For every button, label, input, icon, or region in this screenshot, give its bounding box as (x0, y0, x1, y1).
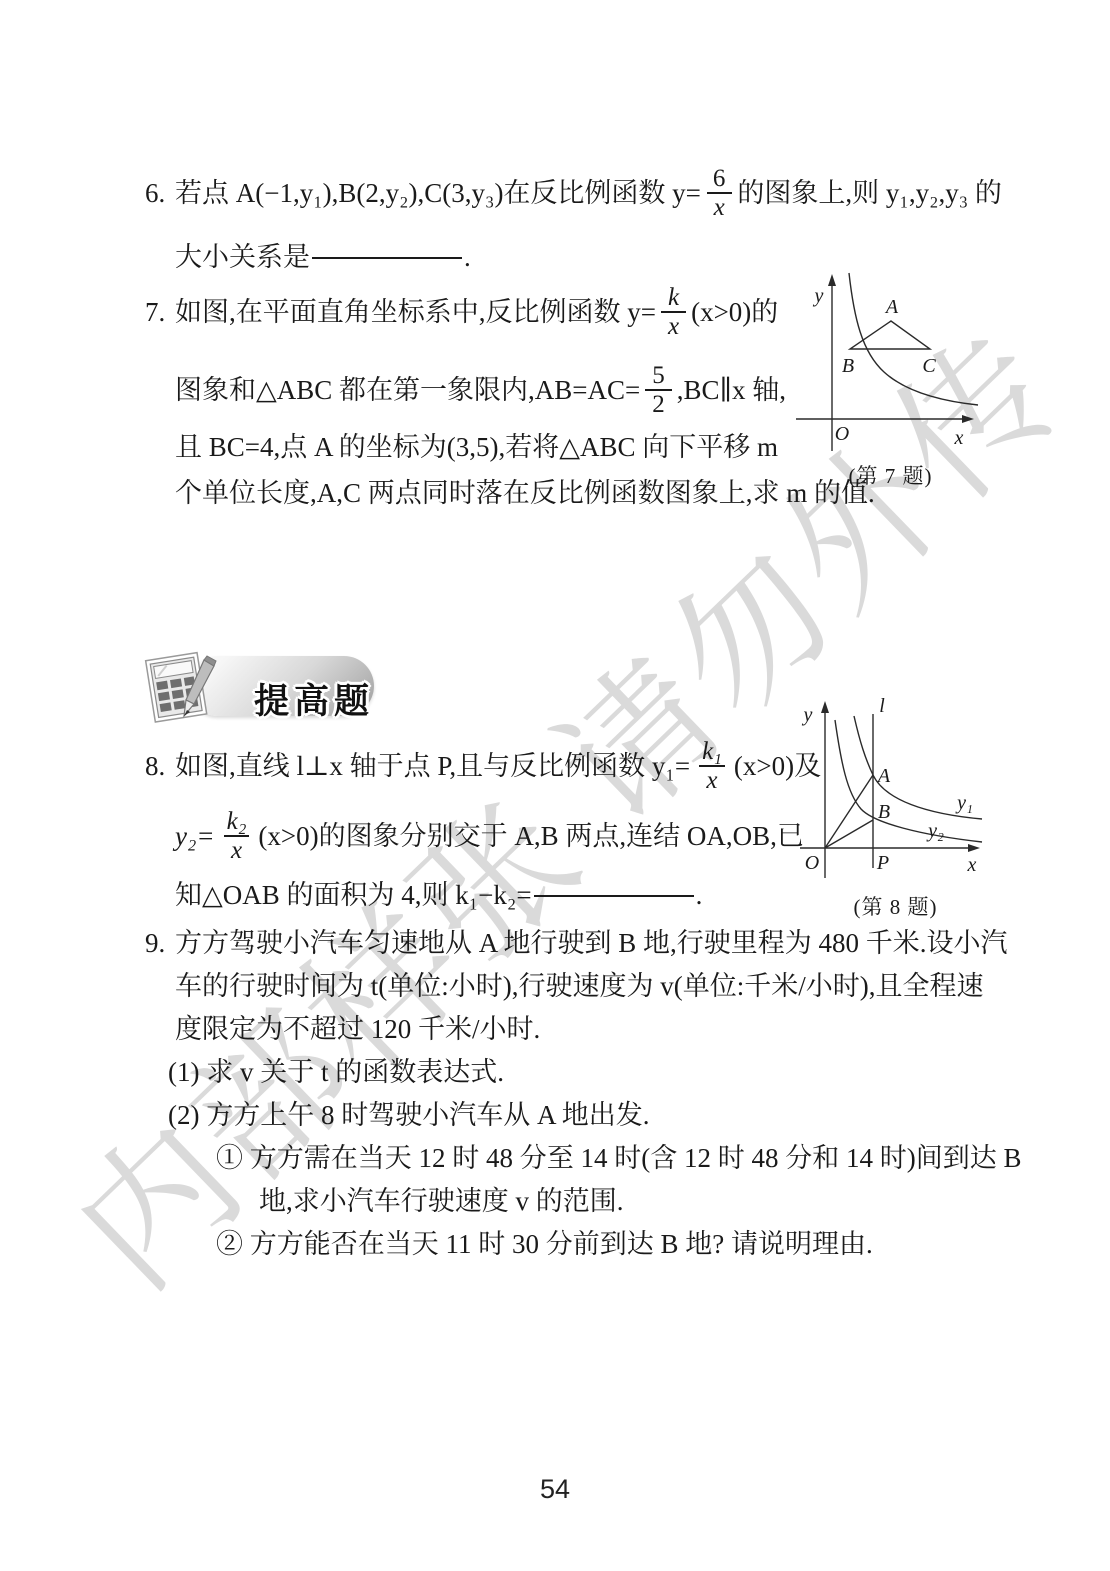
y-axis-label: y (813, 285, 824, 307)
section-badge-label: 提高题 (254, 674, 374, 724)
point-a-label: A (884, 296, 899, 318)
fraction-numerator: k₂ (220, 808, 254, 836)
figure-problem-8: y l O P x A B y₁ y₂ (第 8 题) (788, 690, 1003, 921)
answer-blank (312, 256, 462, 259)
fraction-denominator: x (224, 835, 249, 865)
problem-6-line-2: 大小关系是. (175, 240, 471, 274)
point-c-label: C (922, 355, 936, 377)
fraction-numerator: k₁ (695, 738, 729, 766)
workbook-page: 内部样张 请勿外传 6.若点 A(−1,y₁),B(2,y₂),C(3,y₃)在… (0, 0, 1110, 1571)
problem-6-number: 6. (145, 176, 175, 210)
problem-7-text-pre: 如图,在平面直角坐标系中,反比例函数 y= (175, 295, 656, 329)
problem-9-line-2: 车的行驶时间为 t(单位:小时),行驶速度为 v(单位:千米/小时),且全程速 (175, 969, 983, 1003)
figure-8-plot: y l O P x A B y₁ y₂ (788, 690, 1003, 882)
figure-8-caption: (第 8 题) (788, 891, 1003, 921)
problem-9-item-1-text: 地,求小汽车行驶速度 v 的范围. (259, 1184, 624, 1218)
problem-8-number: 8. (145, 749, 175, 783)
problem-8-text-pre: 如图,直线 l⊥x 轴于点 P,且与反比例函数 y₁= (175, 749, 690, 783)
problem-6-text-post: 的图象上,则 y₁,y₂,y₃ 的 (737, 176, 1002, 210)
problem-8-text-pre: y₂= (175, 819, 215, 853)
problem-6-line-1: 6.若点 A(−1,y₁),B(2,y₂),C(3,y₃)在反比例函数 y=6x… (145, 158, 1002, 228)
problem-7-text: 个单位长度,A,C 两点同时落在反比例函数图象上,求 m 的值. (175, 476, 875, 510)
fraction-denominator: x (661, 311, 686, 341)
page-content: 6.若点 A(−1,y₁),B(2,y₂),C(3,y₃)在反比例函数 y=6x… (0, 0, 1110, 1571)
fraction-k1-over-x: k₁x (695, 738, 729, 795)
curve-y1-label: y₁ (955, 792, 973, 814)
problem-8-text-post: (x>0)的图象分别交于 A,B 两点,连结 OA,OB,已 (258, 819, 803, 853)
x-axis-arrow (962, 415, 974, 423)
problem-9-item-2-text: ② 方方能否在当天 11 时 30 分前到达 B 地? 请说明理由. (216, 1227, 873, 1261)
fraction-5-over-2: 52 (645, 362, 672, 419)
problem-9-text: 方方驾驶小汽车匀速地从 A 地行驶到 B 地,行驶里程为 480 千米.设小汽 (175, 926, 1008, 960)
problem-7-line-3: 且 BC=4,点 A 的坐标为(3,5),若将△ABC 向下平移 m (175, 430, 778, 464)
problem-9-item-2: ② 方方能否在当天 11 时 30 分前到达 B 地? 请说明理由. (216, 1227, 873, 1261)
problem-9-line-1: 9.方方驾驶小汽车匀速地从 A 地行驶到 B 地,行驶里程为 480 千米.设小… (145, 926, 1008, 960)
problem-7-text-post: ,BC∥x 轴, (677, 373, 786, 407)
fraction-6-over-x: 6x (706, 165, 733, 222)
figure-7-caption: (第 7 题) (788, 460, 993, 490)
problem-9-part-1: (1) 求 v 关于 t 的函数表达式. (168, 1055, 504, 1089)
problem-6-text: 大小关系是 (175, 240, 310, 274)
point-b-label: B (878, 801, 890, 823)
problem-9-part-2: (2) 方方上午 8 时驾驶小汽车从 A 地出发. (168, 1098, 650, 1132)
segment-ob (825, 820, 873, 848)
problem-8-line-1: 8.如图,直线 l⊥x 轴于点 P,且与反比例函数 y₁=k₁x(x>0)及 (145, 732, 821, 800)
curve-y2-label: y₂ (926, 820, 944, 842)
problem-9-number: 9. (145, 926, 175, 960)
problem-9-item-1-line-1: ① 方方需在当天 12 时 48 分至 14 时(含 12 时 48 分和 14… (216, 1141, 1022, 1175)
fraction-denominator: x (699, 765, 724, 795)
problem-9-part-1-text: (1) 求 v 关于 t 的函数表达式. (168, 1055, 504, 1089)
point-a-label: A (876, 765, 891, 787)
problem-9-text: 度限定为不超过 120 千米/小时. (175, 1012, 540, 1046)
problem-6-text-pre: 若点 A(−1,y₁),B(2,y₂),C(3,y₃)在反比例函数 y= (175, 176, 701, 210)
problem-9-text: 车的行驶时间为 t(单位:小时),行驶速度为 v(单位:千米/小时),且全程速 (175, 969, 983, 1003)
curve-y2 (835, 720, 982, 842)
triangle-abc (850, 321, 930, 349)
problem-7-line-4: 个单位长度,A,C 两点同时落在反比例函数图象上,求 m 的值. (175, 476, 875, 510)
problem-9-part-2-text: (2) 方方上午 8 时驾驶小汽车从 A 地出发. (168, 1098, 650, 1132)
problem-9-item-1-line-2: 地,求小汽车行驶速度 v 的范围. (259, 1184, 624, 1218)
x-axis-label: x (967, 854, 977, 876)
problem-9-line-3: 度限定为不超过 120 千米/小时. (175, 1012, 540, 1046)
answer-blank (534, 894, 694, 897)
problem-8-period: . (696, 878, 703, 912)
problem-8-line-3: 知△OAB 的面积为 4,则 k₁−k₂=. (175, 878, 702, 912)
fraction-k2-over-x: k₂x (220, 808, 254, 865)
point-b-label: B (842, 355, 854, 377)
point-p-label: P (876, 852, 889, 874)
calculator-pencil-icon (142, 646, 228, 728)
line-l-label: l (879, 695, 885, 717)
fraction-numerator: k (661, 284, 686, 312)
problem-7-line-2: 图象和△ABC 都在第一象限内,AB=AC=52,BC∥x 轴, (175, 356, 786, 424)
problem-8-line-2: y₂=k₂x(x>0)的图象分别交于 A,B 两点,连结 OA,OB,已 (175, 802, 804, 870)
problem-8-text: 知△OAB 的面积为 4,则 k₁−k₂= (175, 878, 532, 912)
fraction-k-over-x: kx (661, 284, 686, 341)
problem-7-text-pre: 图象和△ABC 都在第一象限内,AB=AC= (175, 373, 640, 407)
fraction-denominator: x (707, 192, 732, 222)
problem-7-text-post: (x>0)的 (691, 295, 778, 329)
problem-7-line-1: 7.如图,在平面直角坐标系中,反比例函数 y=kx(x>0)的 (145, 278, 778, 346)
hyperbola-curve (849, 273, 978, 405)
y-axis-arrow (821, 701, 829, 713)
problem-9-item-1-text: ① 方方需在当天 12 时 48 分至 14 时(含 12 时 48 分和 14… (216, 1141, 1022, 1175)
x-axis-label: x (954, 427, 964, 449)
fraction-numerator: 5 (645, 362, 672, 390)
fraction-denominator: 2 (645, 389, 672, 419)
y-axis-label: y (802, 704, 813, 726)
fraction-numerator: 6 (706, 165, 733, 193)
origin-label: O (835, 423, 849, 445)
figure-7-plot: y x O A B C (788, 266, 993, 451)
origin-label: O (805, 852, 819, 874)
page-number: 54 (0, 1474, 1110, 1505)
problem-7-number: 7. (145, 295, 175, 329)
section-header-advanced: 提高题 (148, 648, 378, 726)
x-axis-arrow (968, 844, 980, 852)
figure-problem-7: y x O A B C (第 7 题) (788, 266, 993, 490)
problem-6-period: . (464, 240, 471, 274)
y-axis-arrow (828, 274, 836, 286)
problem-7-text: 且 BC=4,点 A 的坐标为(3,5),若将△ABC 向下平移 m (175, 430, 778, 464)
